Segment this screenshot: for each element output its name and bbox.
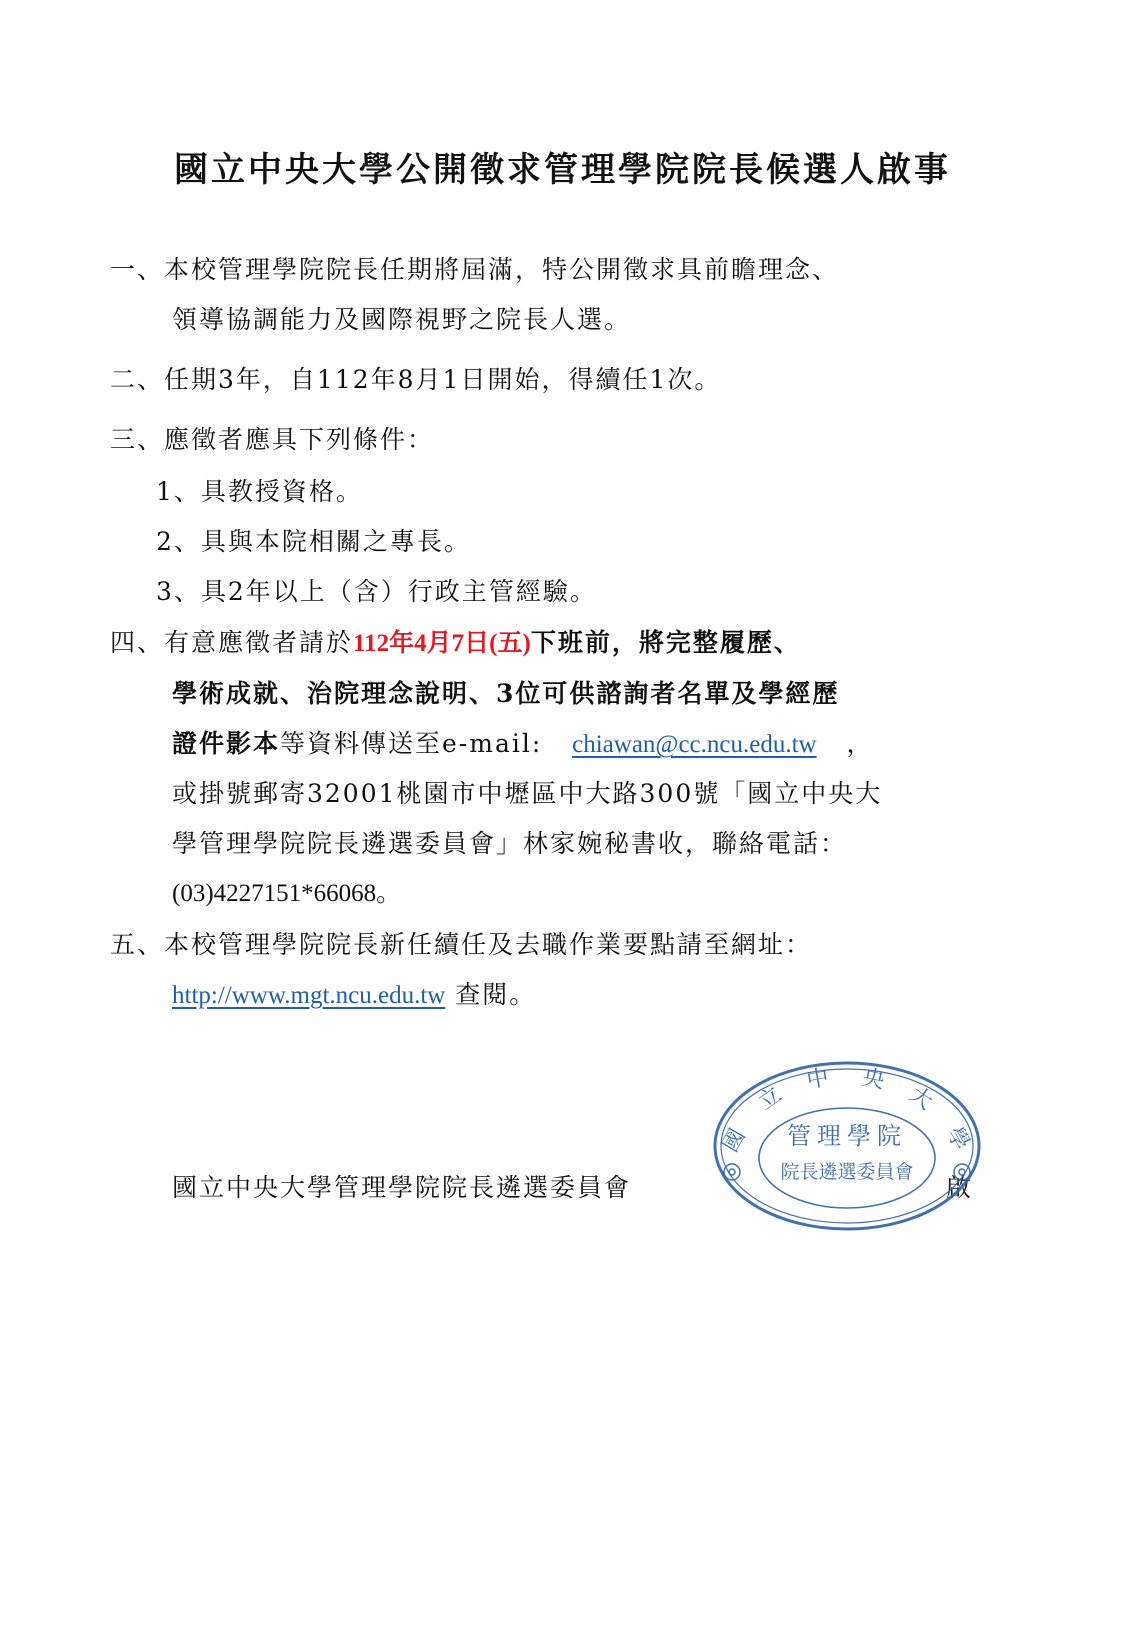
section-1-line-2: 領導協調能力及國際視野之院長人選。 [172,302,631,338]
section-4-line-5: 學管理學院院長遴選委員會」林家婉秘書收，聯絡電話： [172,826,847,862]
seal-inner-line-2: 院長遴選委員會 [780,1161,913,1183]
section-1-marker: 一、 [110,252,164,288]
official-seal-stamp: 國 立 中 央 大 學 管理學院 院長遴選委員會 [712,1060,982,1232]
announcement-page: 國立中央大學公開徵求管理學院院長候選人啟事 一、本校管理學院院長任期將屆滿，特公… [0,0,1125,1625]
website-link[interactable]: http://www.mgt.ncu.edu.tw [172,982,445,1009]
seal-inner-line-1: 管理學院 [787,1122,907,1150]
seal-icon: 國 立 中 央 大 學 管理學院 院長遴選委員會 [712,1060,982,1232]
section-4-line-1: 四、有意應徵者請於112年4月7日(五)下班前，將完整履歷、 [110,625,801,662]
page-title: 國立中央大學公開徵求管理學院院長候選人啟事 [0,148,1125,192]
section-4-text-post: 下班前，將完整履歷、 [531,628,801,657]
section-4-marker: 四、 [110,625,164,661]
section-4-email-label: 等資料傳送至e-mail: [280,729,552,758]
signature-committee: 國立中央大學管理學院院長遴選委員會 [172,1170,631,1206]
section-4-line-3: 證件影本等資料傳送至e-mail: chiawan@cc.ncu.edu.tw … [172,726,873,763]
section-5-marker: 五、 [110,927,164,963]
section-4-text-pre: 有意應徵者請於 [164,628,353,657]
section-4-line-4: 或掛號郵寄32001桃園市中壢區中大路300號「國立中央大 [172,776,882,812]
seal-char-5: 大 [905,1082,937,1115]
section-5-line-1: 五、本校管理學院院長新任續任及去職作業要點請至網址： [110,927,812,963]
section-1-text-1: 本校管理學院院長任期將屆滿，特公開徵求具前瞻理念、 [164,255,839,284]
deadline-date: 112年4月7日(五) [353,630,531,657]
seal-char-2: 立 [754,1082,786,1115]
section-4-comma: ， [846,729,873,758]
section-4-bold-docs: 證件影本 [172,729,280,758]
section-5-text-1: 本校管理學院院長新任續任及去職作業要點請至網址： [164,930,812,959]
section-3-text-1: 應徵者應具下列條件： [164,425,434,454]
seal-char-3: 中 [805,1065,831,1093]
seal-char-1: 國 [718,1125,751,1157]
section-4-line-2: 學術成就、治院理念說明、3位可供諮詢者名單及學經歷 [172,676,839,712]
email-link[interactable]: chiawan@cc.ncu.edu.tw [572,731,816,758]
requirement-item-3: 3、具2年以上（含）行政主管經驗。 [156,574,597,610]
contact-phone: (03)4227151*66068。 [172,876,401,912]
requirement-item-1: 1、具教授資格。 [156,474,363,510]
section-5-line-2: http://www.mgt.ncu.edu.tw 查閱。 [172,977,536,1014]
section-2-text-1: 任期3年，自112年8月1日開始，得續任1次。 [164,365,721,394]
section-5-text-2: 查閱。 [445,980,536,1009]
requirement-item-2: 2、具與本院相關之專長。 [156,524,471,560]
section-2-marker: 二、 [110,362,164,398]
section-2-line-1: 二、任期3年，自112年8月1日開始，得續任1次。 [110,362,721,398]
section-3-marker: 三、 [110,422,164,458]
section-1-line-1: 一、本校管理學院院長任期將屆滿，特公開徵求具前瞻理念、 [110,252,839,288]
seal-char-4: 央 [860,1065,887,1094]
section-3-line-1: 三、應徵者應具下列條件： [110,422,434,458]
section-1-text-2: 領導協調能力及國際視野之院長人選。 [172,305,631,334]
